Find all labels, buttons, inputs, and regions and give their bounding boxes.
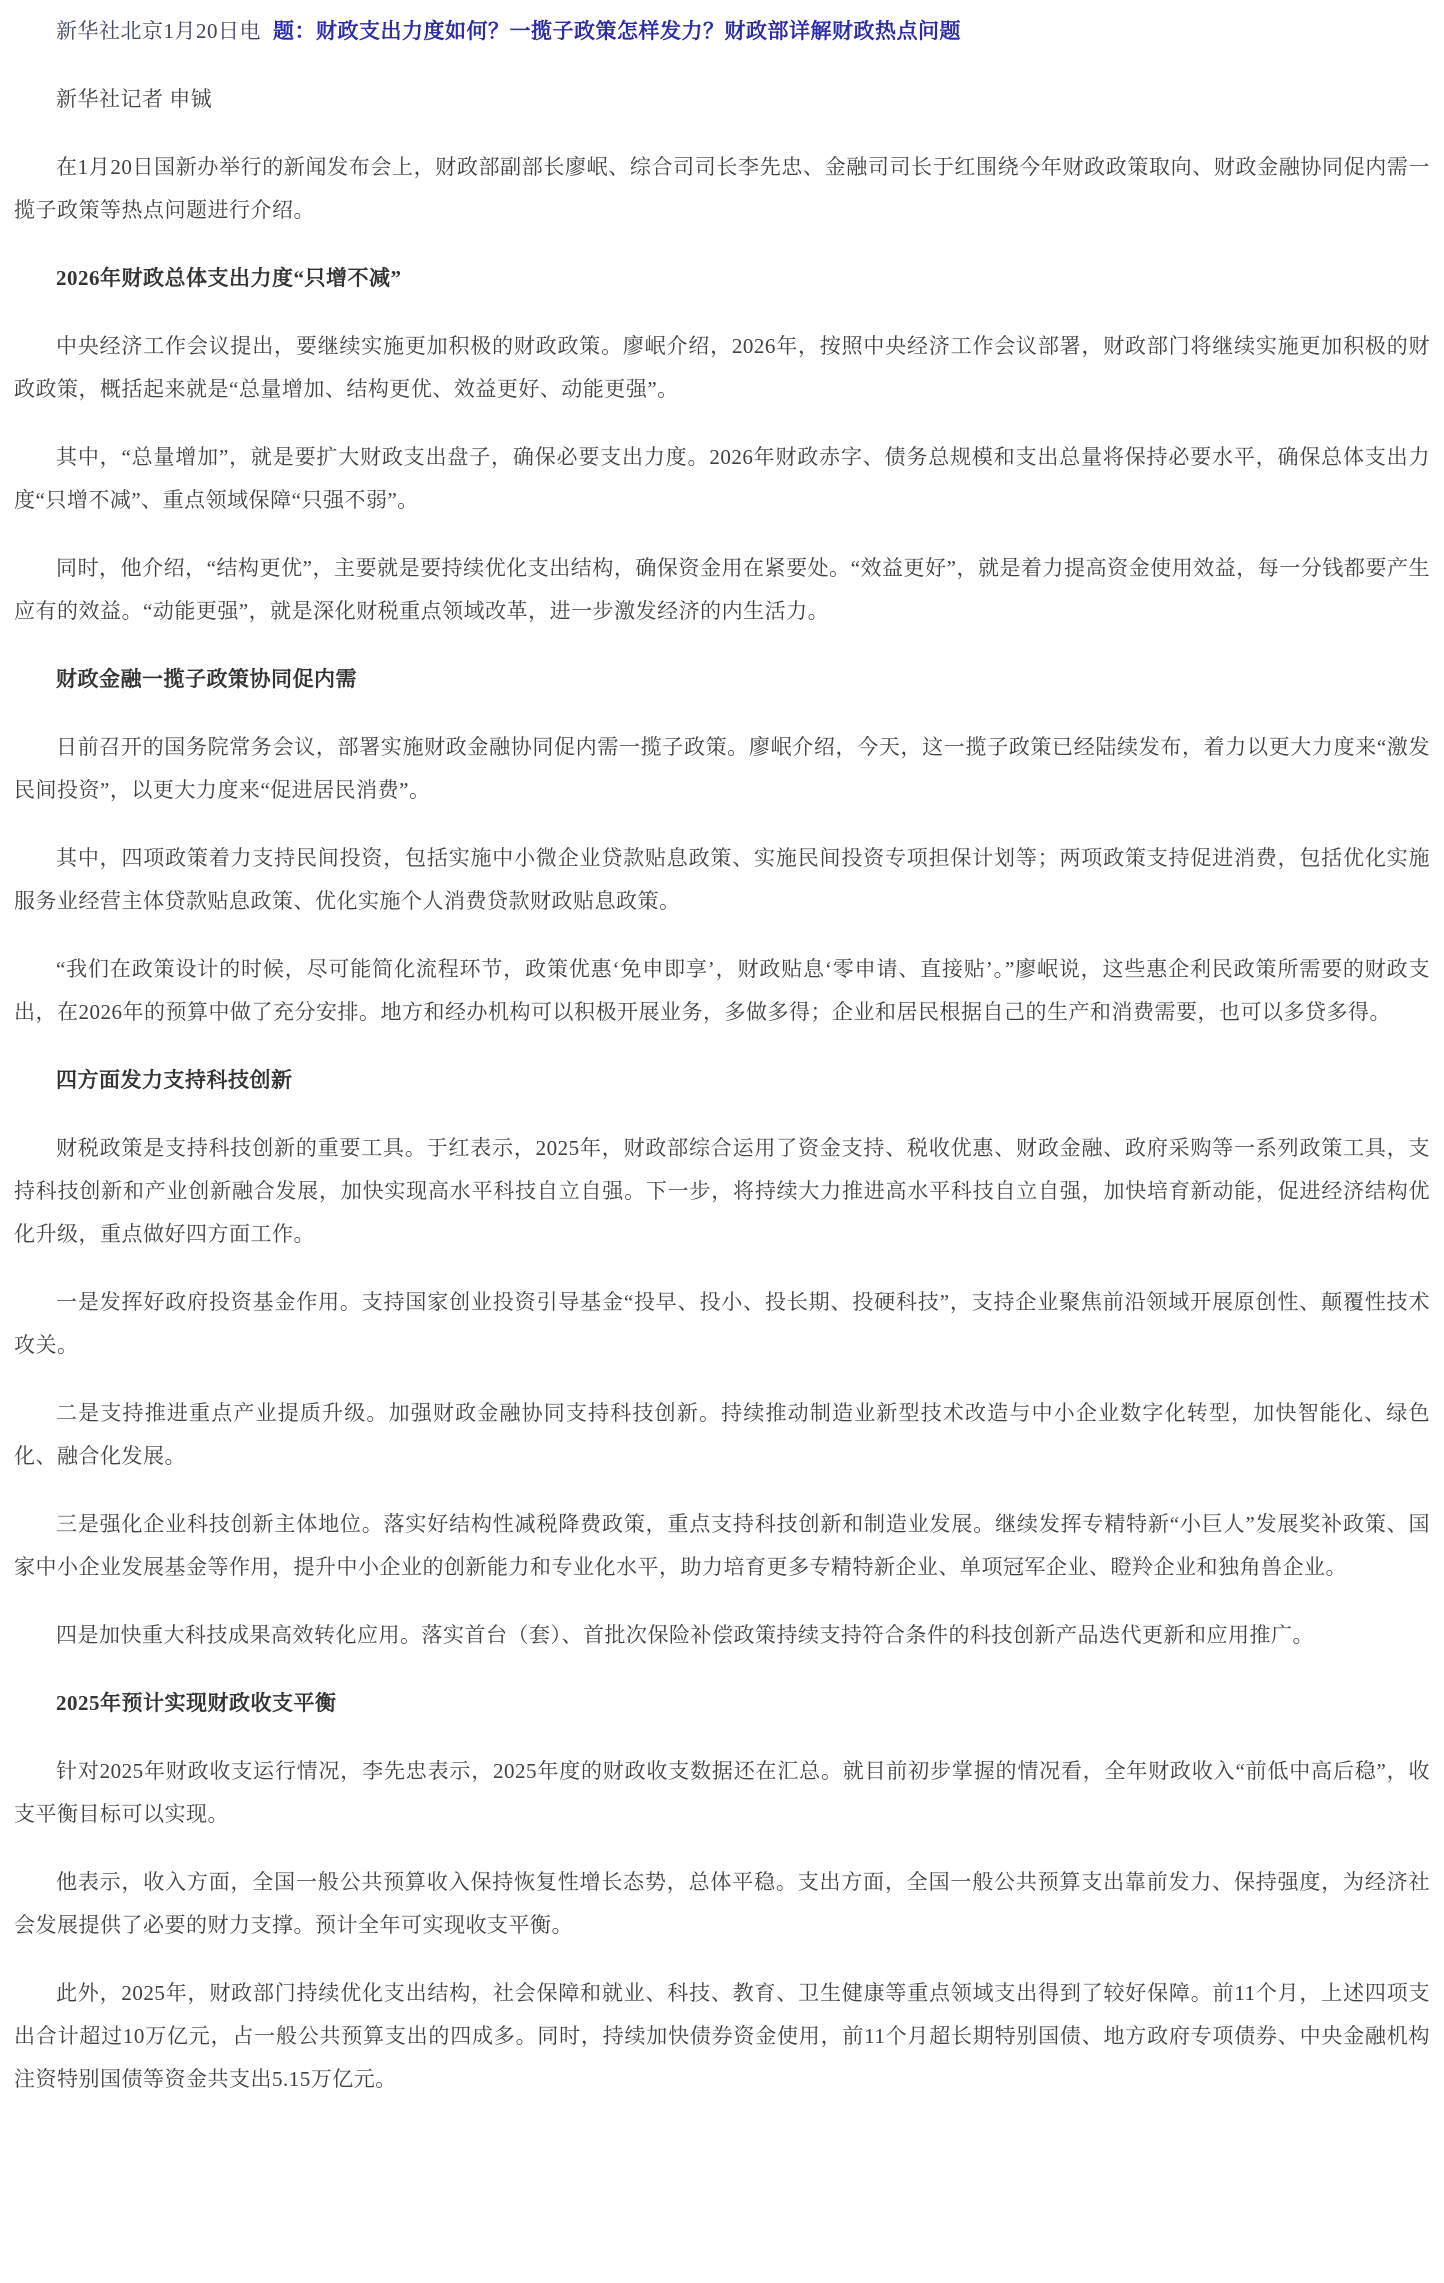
article-page: 新华社北京1月20日电题：财政支出力度如何？一揽子政策怎样发力？财政部详解财政热… (0, 0, 1444, 2283)
paragraph: 二是支持推进重点产业提质升级。加强财政金融协同支持科技创新。持续推动制造业新型技… (14, 1392, 1430, 1478)
article-title: 题：财政支出力度如何？一揽子政策怎样发力？财政部详解财政热点问题 (273, 19, 961, 43)
paragraph: “我们在政策设计的时候，尽可能简化流程环节，政策优惠‘免申即享’，财政贴息‘零申… (14, 948, 1430, 1034)
section-heading: 四方面发力支持科技创新 (14, 1059, 1430, 1102)
section-heading: 财政金融一揽子政策协同促内需 (14, 658, 1430, 701)
paragraph: 一是发挥好政府投资基金作用。支持国家创业投资引导基金“投早、投小、投长期、投硬科… (14, 1281, 1430, 1367)
section-heading: 2026年财政总体支出力度“只增不减” (14, 257, 1430, 300)
paragraph: 四是加快重大科技成果高效转化应用。落实首台（套）、首批次保险补偿政策持续支持符合… (14, 1614, 1430, 1657)
paragraph: 三是强化企业科技创新主体地位。落实好结构性减税降费政策，重点支持科技创新和制造业… (14, 1503, 1430, 1589)
paragraph: 针对2025年财政收支运行情况，李先忠表示，2025年度的财政收支数据还在汇总。… (14, 1750, 1430, 1836)
paragraph: 日前召开的国务院常务会议，部署实施财政金融协同促内需一揽子政策。廖岷介绍，今天，… (14, 726, 1430, 812)
paragraph: 此外，2025年，财政部门持续优化支出结构，社会保障和就业、科技、教育、卫生健康… (14, 1972, 1430, 2101)
paragraph: 财税政策是支持科技创新的重要工具。于红表示，2025年，财政部综合运用了资金支持… (14, 1127, 1430, 1256)
byline: 新华社记者 申铖 (14, 78, 1430, 121)
paragraph: 其中，四项政策着力支持民间投资，包括实施中小微企业贷款贴息政策、实施民间投资专项… (14, 837, 1430, 923)
paragraph: 同时，他介绍，“结构更优”，主要就是要持续优化支出结构，确保资金用在紧要处。“效… (14, 547, 1430, 633)
paragraph: 在1月20日国新办举行的新闻发布会上，财政部副部长廖岷、综合司司长李先忠、金融司… (14, 146, 1430, 232)
article-headline-line: 新华社北京1月20日电题：财政支出力度如何？一揽子政策怎样发力？财政部详解财政热… (14, 10, 1430, 53)
paragraph: 他表示，收入方面，全国一般公共预算收入保持恢复性增长态势，总体平稳。支出方面，全… (14, 1861, 1430, 1947)
paragraph: 其中，“总量增加”，就是要扩大财政支出盘子，确保必要支出力度。2026年财政赤字… (14, 436, 1430, 522)
section-heading: 2025年预计实现财政收支平衡 (14, 1682, 1430, 1725)
article-body: 在1月20日国新办举行的新闻发布会上，财政部副部长廖岷、综合司司长李先忠、金融司… (14, 146, 1430, 2101)
paragraph: 中央经济工作会议提出，要继续实施更加积极的财政政策。廖岷介绍，2026年，按照中… (14, 325, 1430, 411)
dateline: 新华社北京1月20日电 (56, 19, 261, 43)
